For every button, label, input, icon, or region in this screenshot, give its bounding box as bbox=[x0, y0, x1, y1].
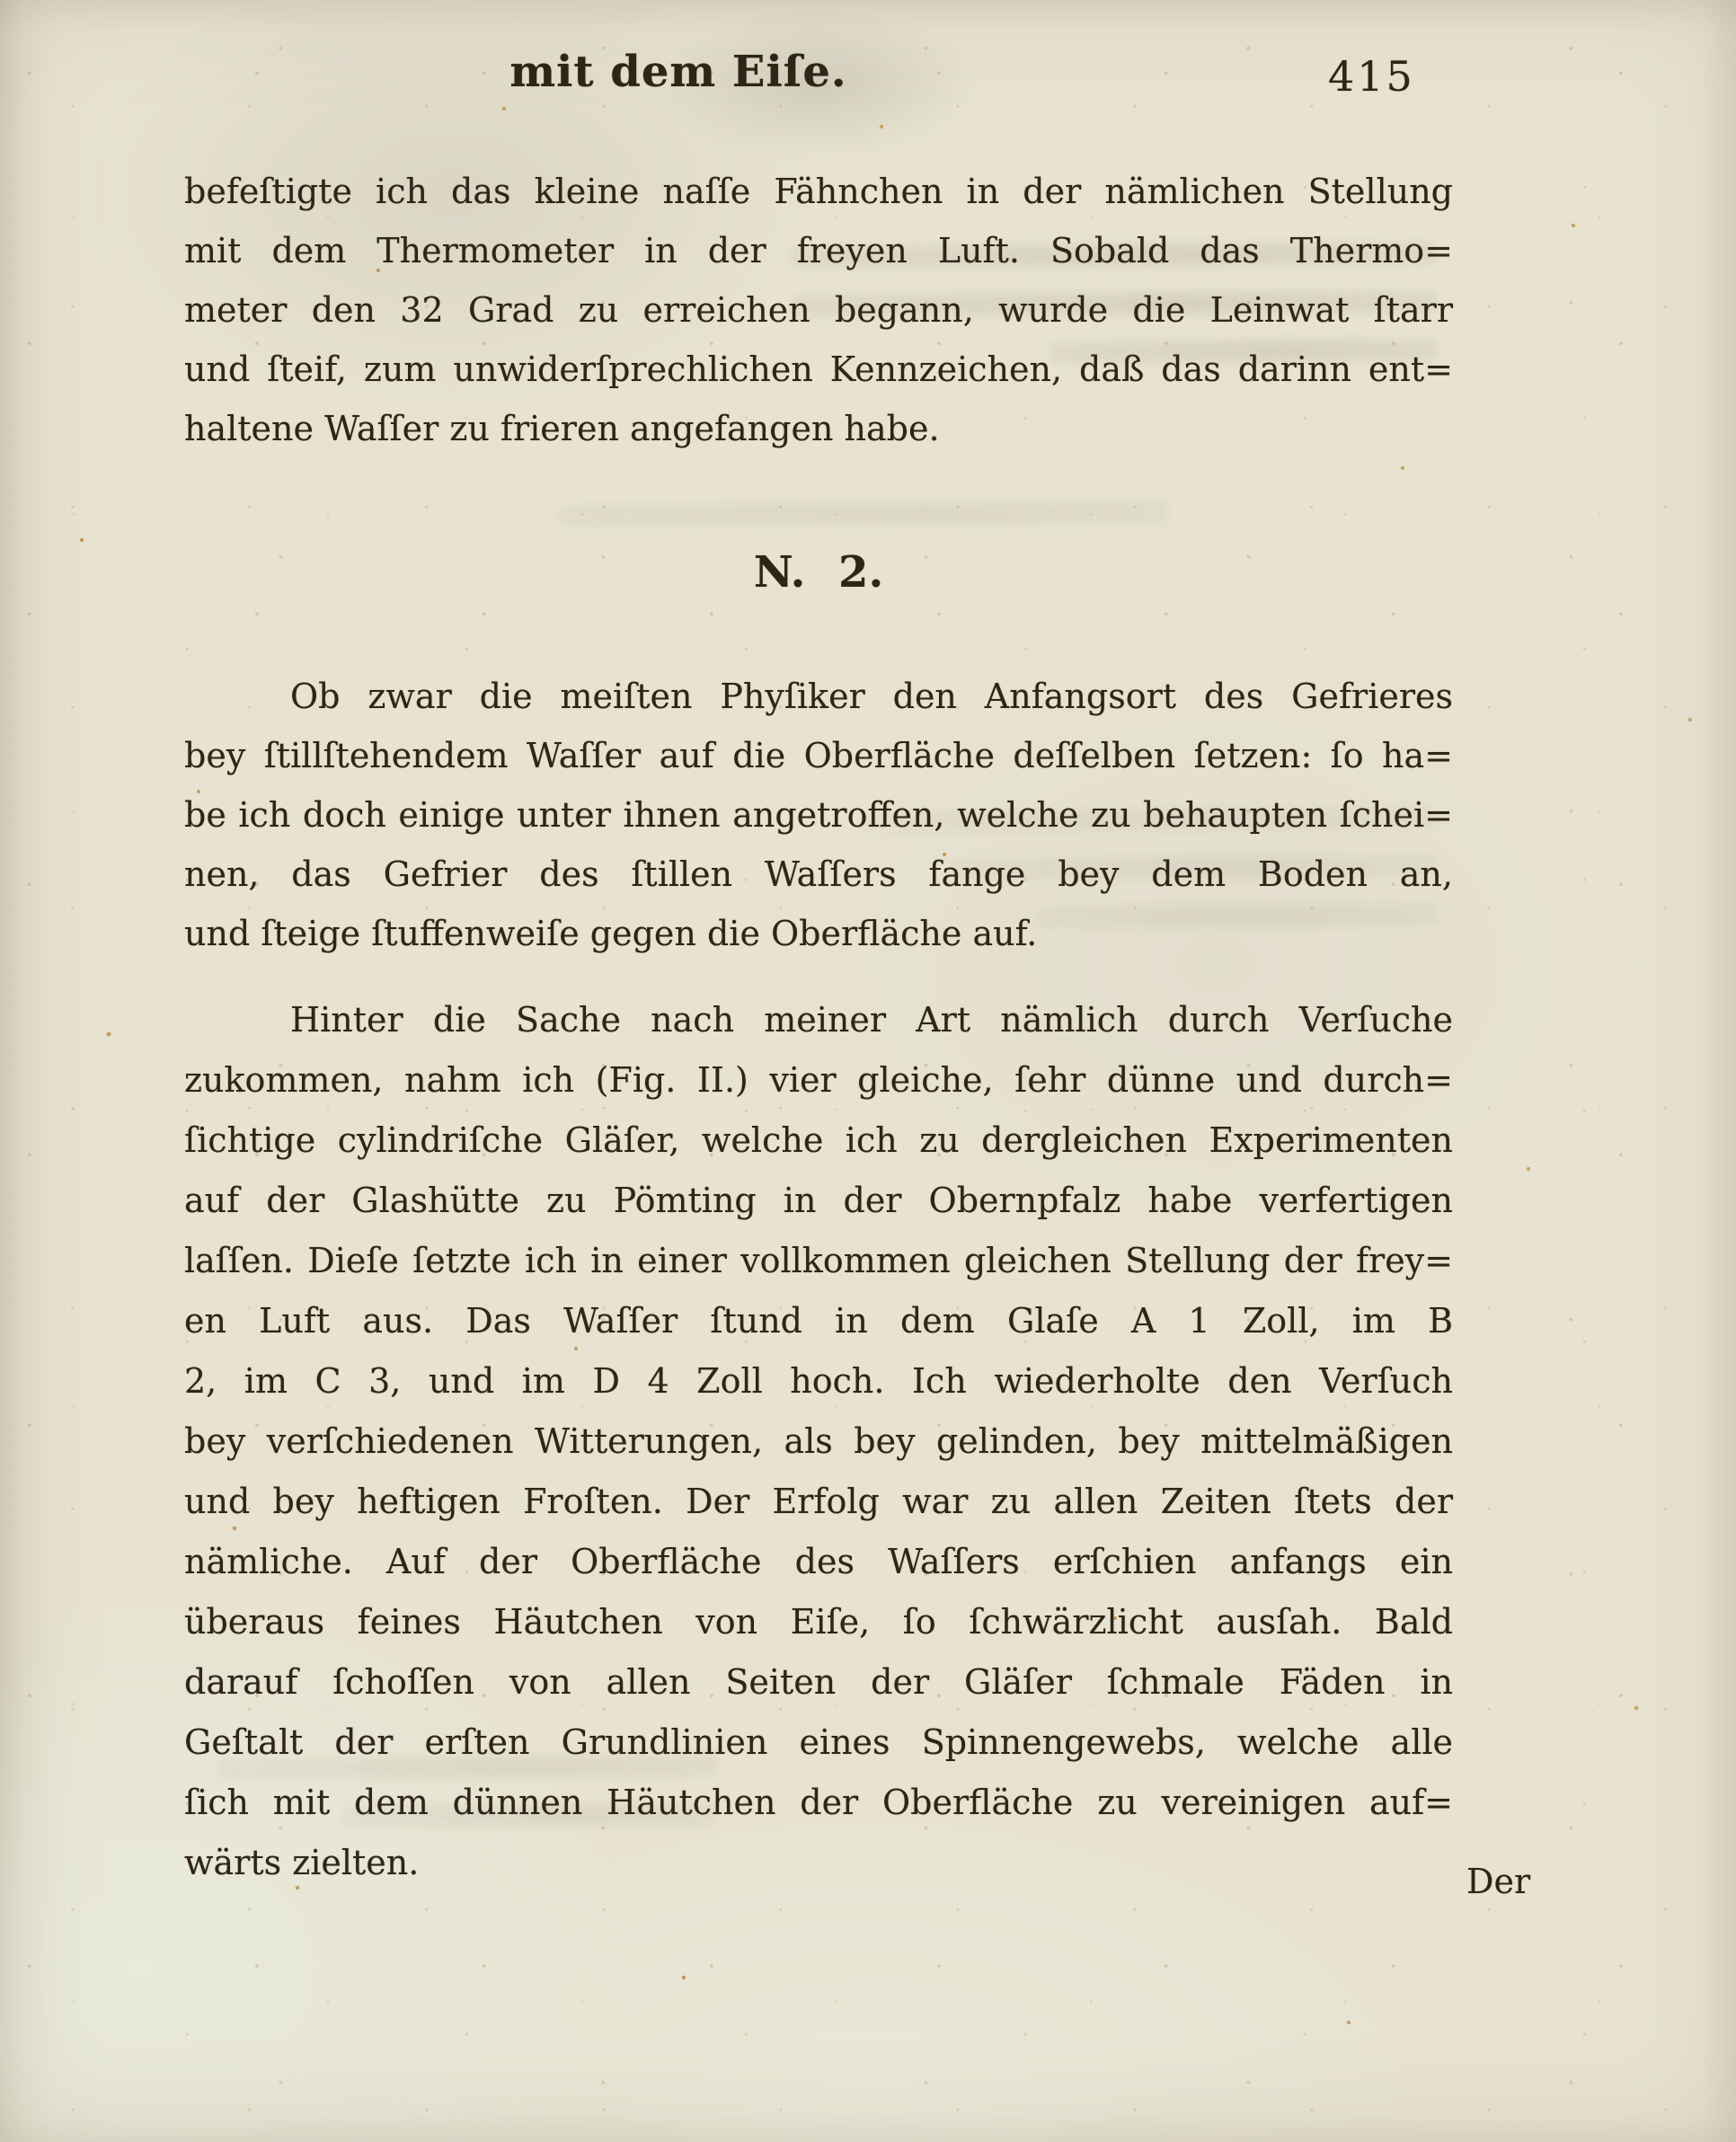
text-line: wärts zielten. bbox=[184, 1833, 1453, 1893]
paragraph: befeſtigte ich das kleine naſſe Fähnchen… bbox=[184, 162, 1453, 458]
text-line: nämliche. Auf der Oberfläche des Waſſers… bbox=[184, 1532, 1453, 1592]
catchword: Der bbox=[1466, 1862, 1530, 1901]
text-line: auf der Glashütte zu Pömting in der Ober… bbox=[184, 1171, 1453, 1231]
book-page-scan: mit dem Eiſe. 415 befeſtigte ich das kle… bbox=[0, 0, 1736, 2142]
text-line: Hinter die Sache nach meiner Art nämlich… bbox=[184, 990, 1453, 1050]
text-line: bey ſtillſtehendem Waſſer auf die Oberfl… bbox=[184, 726, 1453, 785]
text-line: und ſteif, zum unwiderſprechlichen Kennz… bbox=[184, 340, 1453, 399]
paragraph: Ob zwar die meiſten Phyſiker den Anfangs… bbox=[184, 667, 1453, 963]
text-line: und ſteige ſtuffenweiſe gegen die Oberfl… bbox=[184, 904, 1453, 963]
text-line: laſſen. Dieſe ſetzte ich in einer vollko… bbox=[184, 1231, 1453, 1291]
paper-flecks bbox=[0, 0, 2, 2]
text-line: en Luft aus. Das Waſſer ſtund in dem Gla… bbox=[184, 1291, 1453, 1351]
text-line: mit dem Thermometer in der freyen Luft. … bbox=[184, 221, 1453, 280]
text-line: befeſtigte ich das kleine naſſe Fähnchen… bbox=[184, 162, 1453, 221]
text-line: be ich doch einige unter ihnen angetroff… bbox=[184, 785, 1453, 845]
text-line: haltene Waſſer zu frieren angefangen hab… bbox=[184, 399, 1453, 458]
text-line: und bey heftigen Froſten. Der Erfolg war… bbox=[184, 1472, 1453, 1532]
running-title: mit dem Eiſe. bbox=[449, 47, 908, 97]
text-line: überaus feines Häutchen von Eiſe, ſo ſch… bbox=[184, 1592, 1453, 1652]
text-line: ſich mit dem dünnen Häutchen der Oberflä… bbox=[184, 1773, 1453, 1833]
text-line: meter den 32 Grad zu erreichen begann, w… bbox=[184, 280, 1453, 340]
text-line: Ob zwar die meiſten Phyſiker den Anfangs… bbox=[184, 667, 1453, 726]
page-number: 415 bbox=[1328, 52, 1415, 101]
text-line: Geſtalt der erſten Grundlinien eines Spi… bbox=[184, 1713, 1453, 1773]
text-line: nen, das Gefrier des ſtillen Waſſers fan… bbox=[184, 845, 1453, 904]
text-line: 2, im C 3, und im D 4 Zoll hoch. Ich wie… bbox=[184, 1351, 1453, 1412]
text-block: befeſtigte ich das kleine naſſe Fähnchen… bbox=[184, 162, 1453, 1893]
text-line: zukommen, nahm ich (Fig. II.) vier gleic… bbox=[184, 1050, 1453, 1111]
section-heading: N. 2. bbox=[184, 541, 1453, 604]
text-line: ſichtige cylindriſche Gläſer, welche ich… bbox=[184, 1111, 1453, 1171]
text-line: darauf ſchoſſen von allen Seiten der Glä… bbox=[184, 1652, 1453, 1713]
paragraph: Hinter die Sache nach meiner Art nämlich… bbox=[184, 990, 1453, 1893]
text-line: bey verſchiedenen Witterungen, als bey g… bbox=[184, 1412, 1453, 1472]
